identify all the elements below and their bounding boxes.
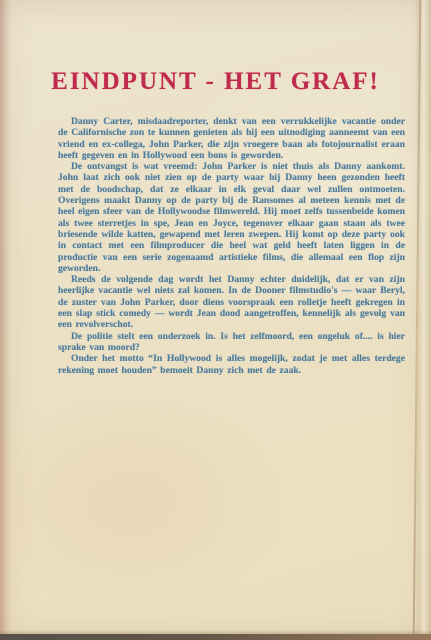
blurb-paragraph-2: De ontvangst is wat vreemd: John Parker … xyxy=(58,161,405,274)
blurb: Danny Carter, misdaadreporter, denkt van… xyxy=(58,116,405,376)
blurb-paragraph-5: Onder het motto “In Hollywood is alles m… xyxy=(58,353,405,376)
book-title: EINDPUNT - HET GRAF! xyxy=(0,68,431,96)
blurb-paragraph-1: Danny Carter, misdaadreporter, denkt van… xyxy=(58,116,405,161)
spine-shadow xyxy=(0,0,11,640)
blurb-paragraph-3: Reeds de volgende dag wordt het Danny ec… xyxy=(58,274,405,330)
book-back-cover: EINDPUNT - HET GRAF! Danny Carter, misda… xyxy=(0,0,431,640)
bottom-edge-shadow xyxy=(0,634,431,640)
blurb-paragraph-4: De politie stelt een onderzoek in. Is he… xyxy=(58,331,405,354)
